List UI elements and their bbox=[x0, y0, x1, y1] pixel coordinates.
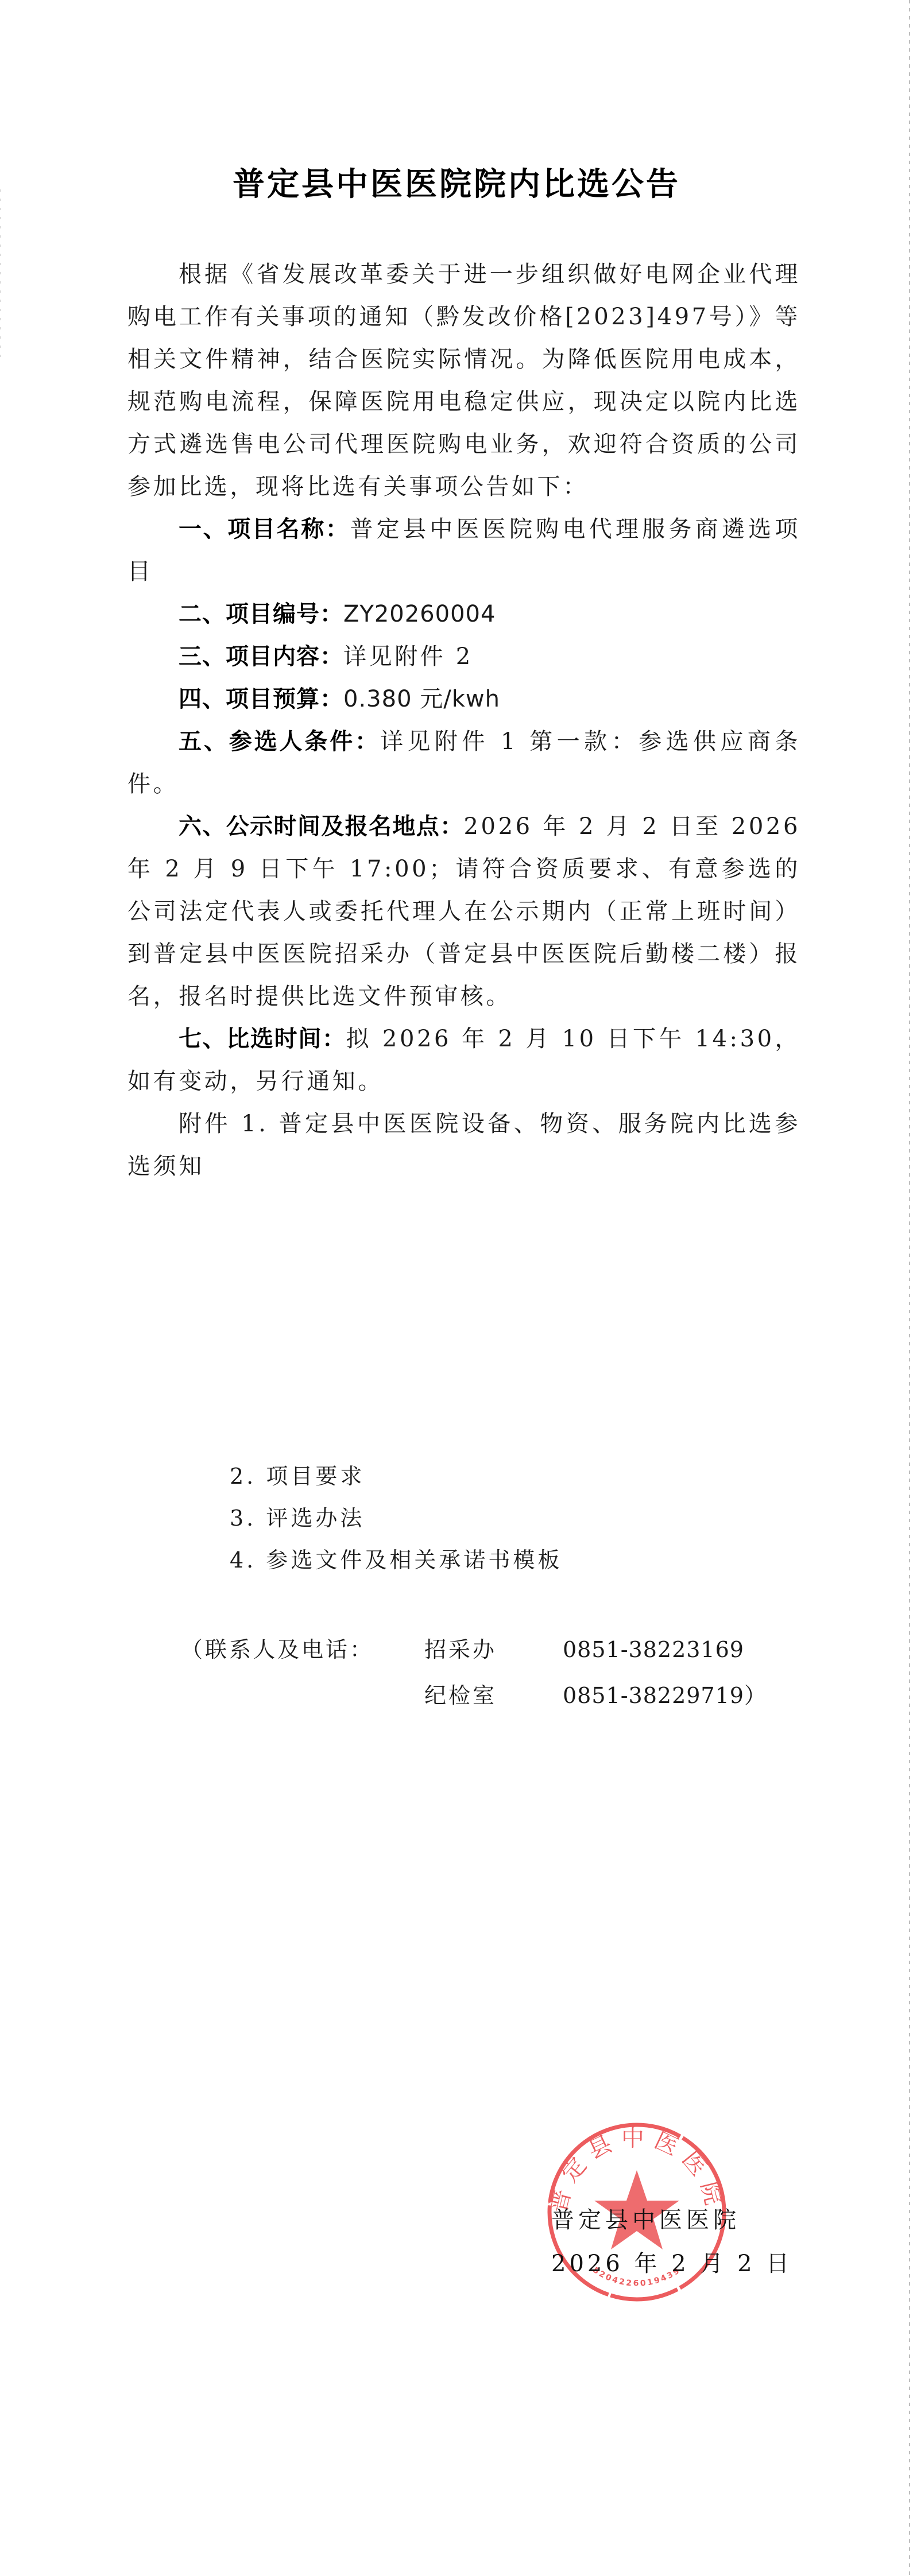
attachment-2: 2. 项目要求 bbox=[230, 1456, 562, 1498]
intro-paragraph: 根据《省发展改革委关于进一步组织做好电网企业代理购电工作有关事项的通知（黔发改价… bbox=[127, 253, 800, 508]
signature-block: 普定县中医医院 2026 年 2 月 2 日 bbox=[551, 2198, 792, 2286]
item-label: 二、项目编号： bbox=[179, 601, 343, 627]
item-participant-conditions: 五、参选人条件：详见附件 1 第一款：参选供应商条件。 bbox=[127, 720, 800, 805]
attachment-list: 2. 项目要求 3. 评选办法 4. 参选文件及相关承诺书模板 bbox=[230, 1456, 562, 1581]
item-label: 四、项目预算： bbox=[179, 686, 343, 712]
signature-date: 2026 年 2 月 2 日 bbox=[551, 2242, 792, 2286]
item-label: 一、项目名称： bbox=[179, 516, 350, 542]
item-label: 七、比选时间： bbox=[179, 1026, 346, 1052]
attachment-3: 3. 评选办法 bbox=[230, 1498, 562, 1539]
document-page: 普定县中医医院院内比选公告 根据《省发展改革委关于进一步组织做好电网企业代理购电… bbox=[0, 0, 913, 2576]
item-selection-time: 七、比选时间：拟 2026 年 2 月 10 日下午 14:30，如有变动，另行… bbox=[127, 1018, 800, 1103]
item-value: 详见附件 2 bbox=[343, 643, 473, 670]
scan-edge-left bbox=[0, 189, 1, 362]
contact-phone: 0851-38223169 bbox=[563, 1627, 744, 1673]
contact-label: （联系人及电话： bbox=[181, 1627, 374, 1673]
signature-org: 普定县中医医院 bbox=[551, 2198, 792, 2242]
item-label: 三、项目内容： bbox=[179, 643, 343, 670]
contact-dept: 纪检室 bbox=[424, 1673, 497, 1718]
document-body: 根据《省发展改革委关于进一步组织做好电网企业代理购电工作有关事项的通知（黔发改价… bbox=[127, 253, 800, 1188]
scan-edge-right bbox=[909, 0, 910, 2576]
item-label: 五、参选人条件： bbox=[179, 728, 380, 755]
item-publicity-time-location: 六、公示时间及报名地点：2026 年 2 月 2 日至 2026 年 2 月 9… bbox=[127, 805, 800, 1018]
item-value: 2026 年 2 月 2 日至 2026 年 2 月 9 日下午 17:00；请… bbox=[127, 813, 800, 1010]
item-value: ZY20260004 bbox=[343, 601, 496, 627]
item-project-number: 二、项目编号：ZY20260004 bbox=[127, 593, 800, 635]
item-label: 六、公示时间及报名地点： bbox=[179, 813, 463, 840]
contact-phone: 0851-38229719） bbox=[563, 1673, 767, 1718]
item-project-content: 三、项目内容：详见附件 2 bbox=[127, 635, 800, 678]
item-value: 0.380 元/kwh bbox=[343, 686, 500, 712]
item-project-name: 一、项目名称：普定县中医医院购电代理服务商遴选项目 bbox=[127, 508, 800, 593]
item-project-budget: 四、项目预算：0.380 元/kwh bbox=[127, 678, 800, 720]
attachment-4: 4. 参选文件及相关承诺书模板 bbox=[230, 1539, 562, 1581]
page-title: 普定县中医医院院内比选公告 bbox=[0, 166, 913, 203]
attachment-1: 附件 1. 普定县中医医院设备、物资、服务院内比选参选须知 bbox=[127, 1103, 800, 1188]
contact-dept: 招采办 bbox=[424, 1627, 497, 1673]
